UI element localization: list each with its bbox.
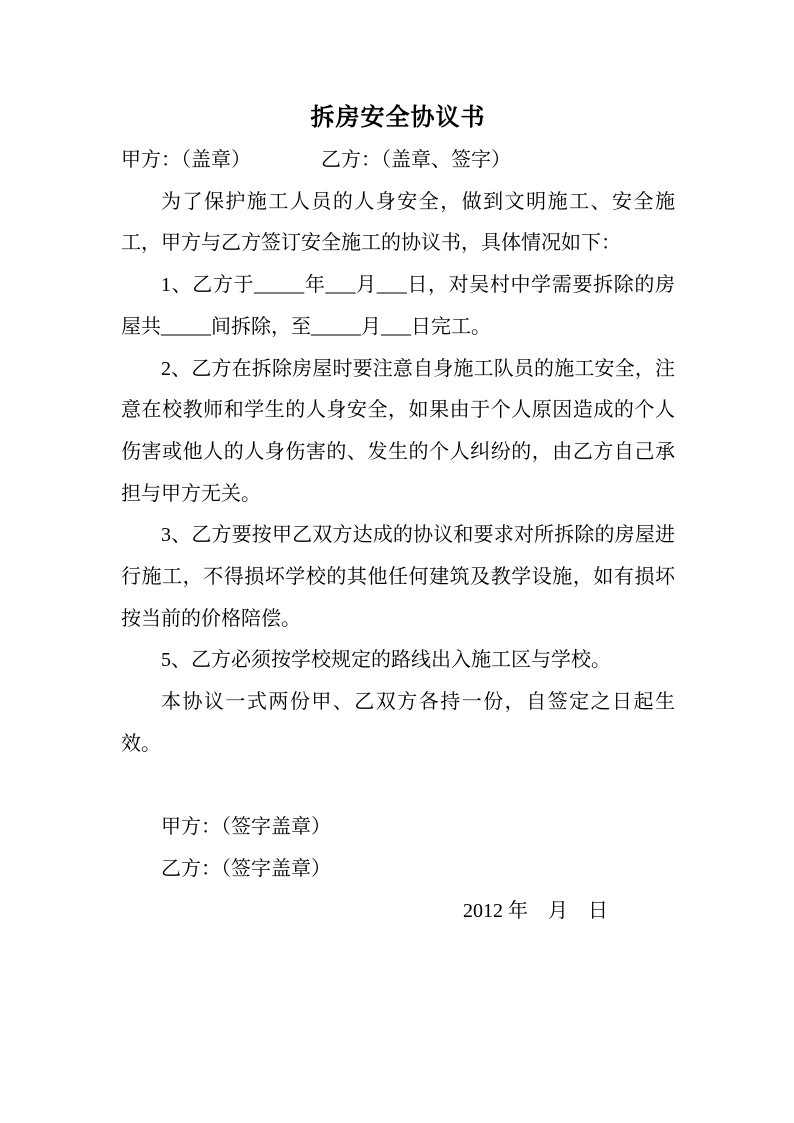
paragraph-closing: 本协议一式两份甲、乙双方各持一份，自签定之日起生效。 (121, 682, 675, 765)
paragraph-intro: 为了保护施工人员的人身安全，做到文明施工、安全施工，甲方与乙方签订安全施工的协议… (121, 182, 675, 265)
signature-block: 甲方：（签字盖章） 乙方：（签字盖章） 2012 年 月 日 (121, 807, 675, 932)
paragraph-item-2: 2、乙方在拆除房屋时要注意自身施工队员的施工安全，注意在校教师和学生的人身安全，… (121, 349, 675, 516)
document-title: 拆房安全协议书 (121, 96, 675, 140)
date-line: 2012 年 月 日 (121, 891, 675, 933)
party-a-signature-line: 甲方：（签字盖章） (121, 807, 675, 849)
party-b-label: 乙方：（盖章、签字） (321, 149, 511, 171)
paragraph-item-5: 5、乙方必须按学校规定的路线出入施工区与学校。 (121, 640, 675, 682)
paragraph-item-3: 3、乙方要按甲乙双方达成的协议和要求对所拆除的房屋进行施工，不得损坏学校的其他任… (121, 515, 675, 640)
party-b-signature-line: 乙方：（签字盖章） (121, 849, 675, 891)
document-page: 拆房安全协议书 甲方：（盖章）乙方：（盖章、签字） 为了保护施工人员的人身安全，… (0, 0, 794, 1123)
parties-line: 甲方：（盖章）乙方：（盖章、签字） (121, 140, 675, 182)
paragraph-item-1: 1、乙方于_____年___月___日，对吴村中学需要拆除的房屋共_____间拆… (121, 265, 675, 348)
party-a-label: 甲方：（盖章） (121, 149, 251, 171)
